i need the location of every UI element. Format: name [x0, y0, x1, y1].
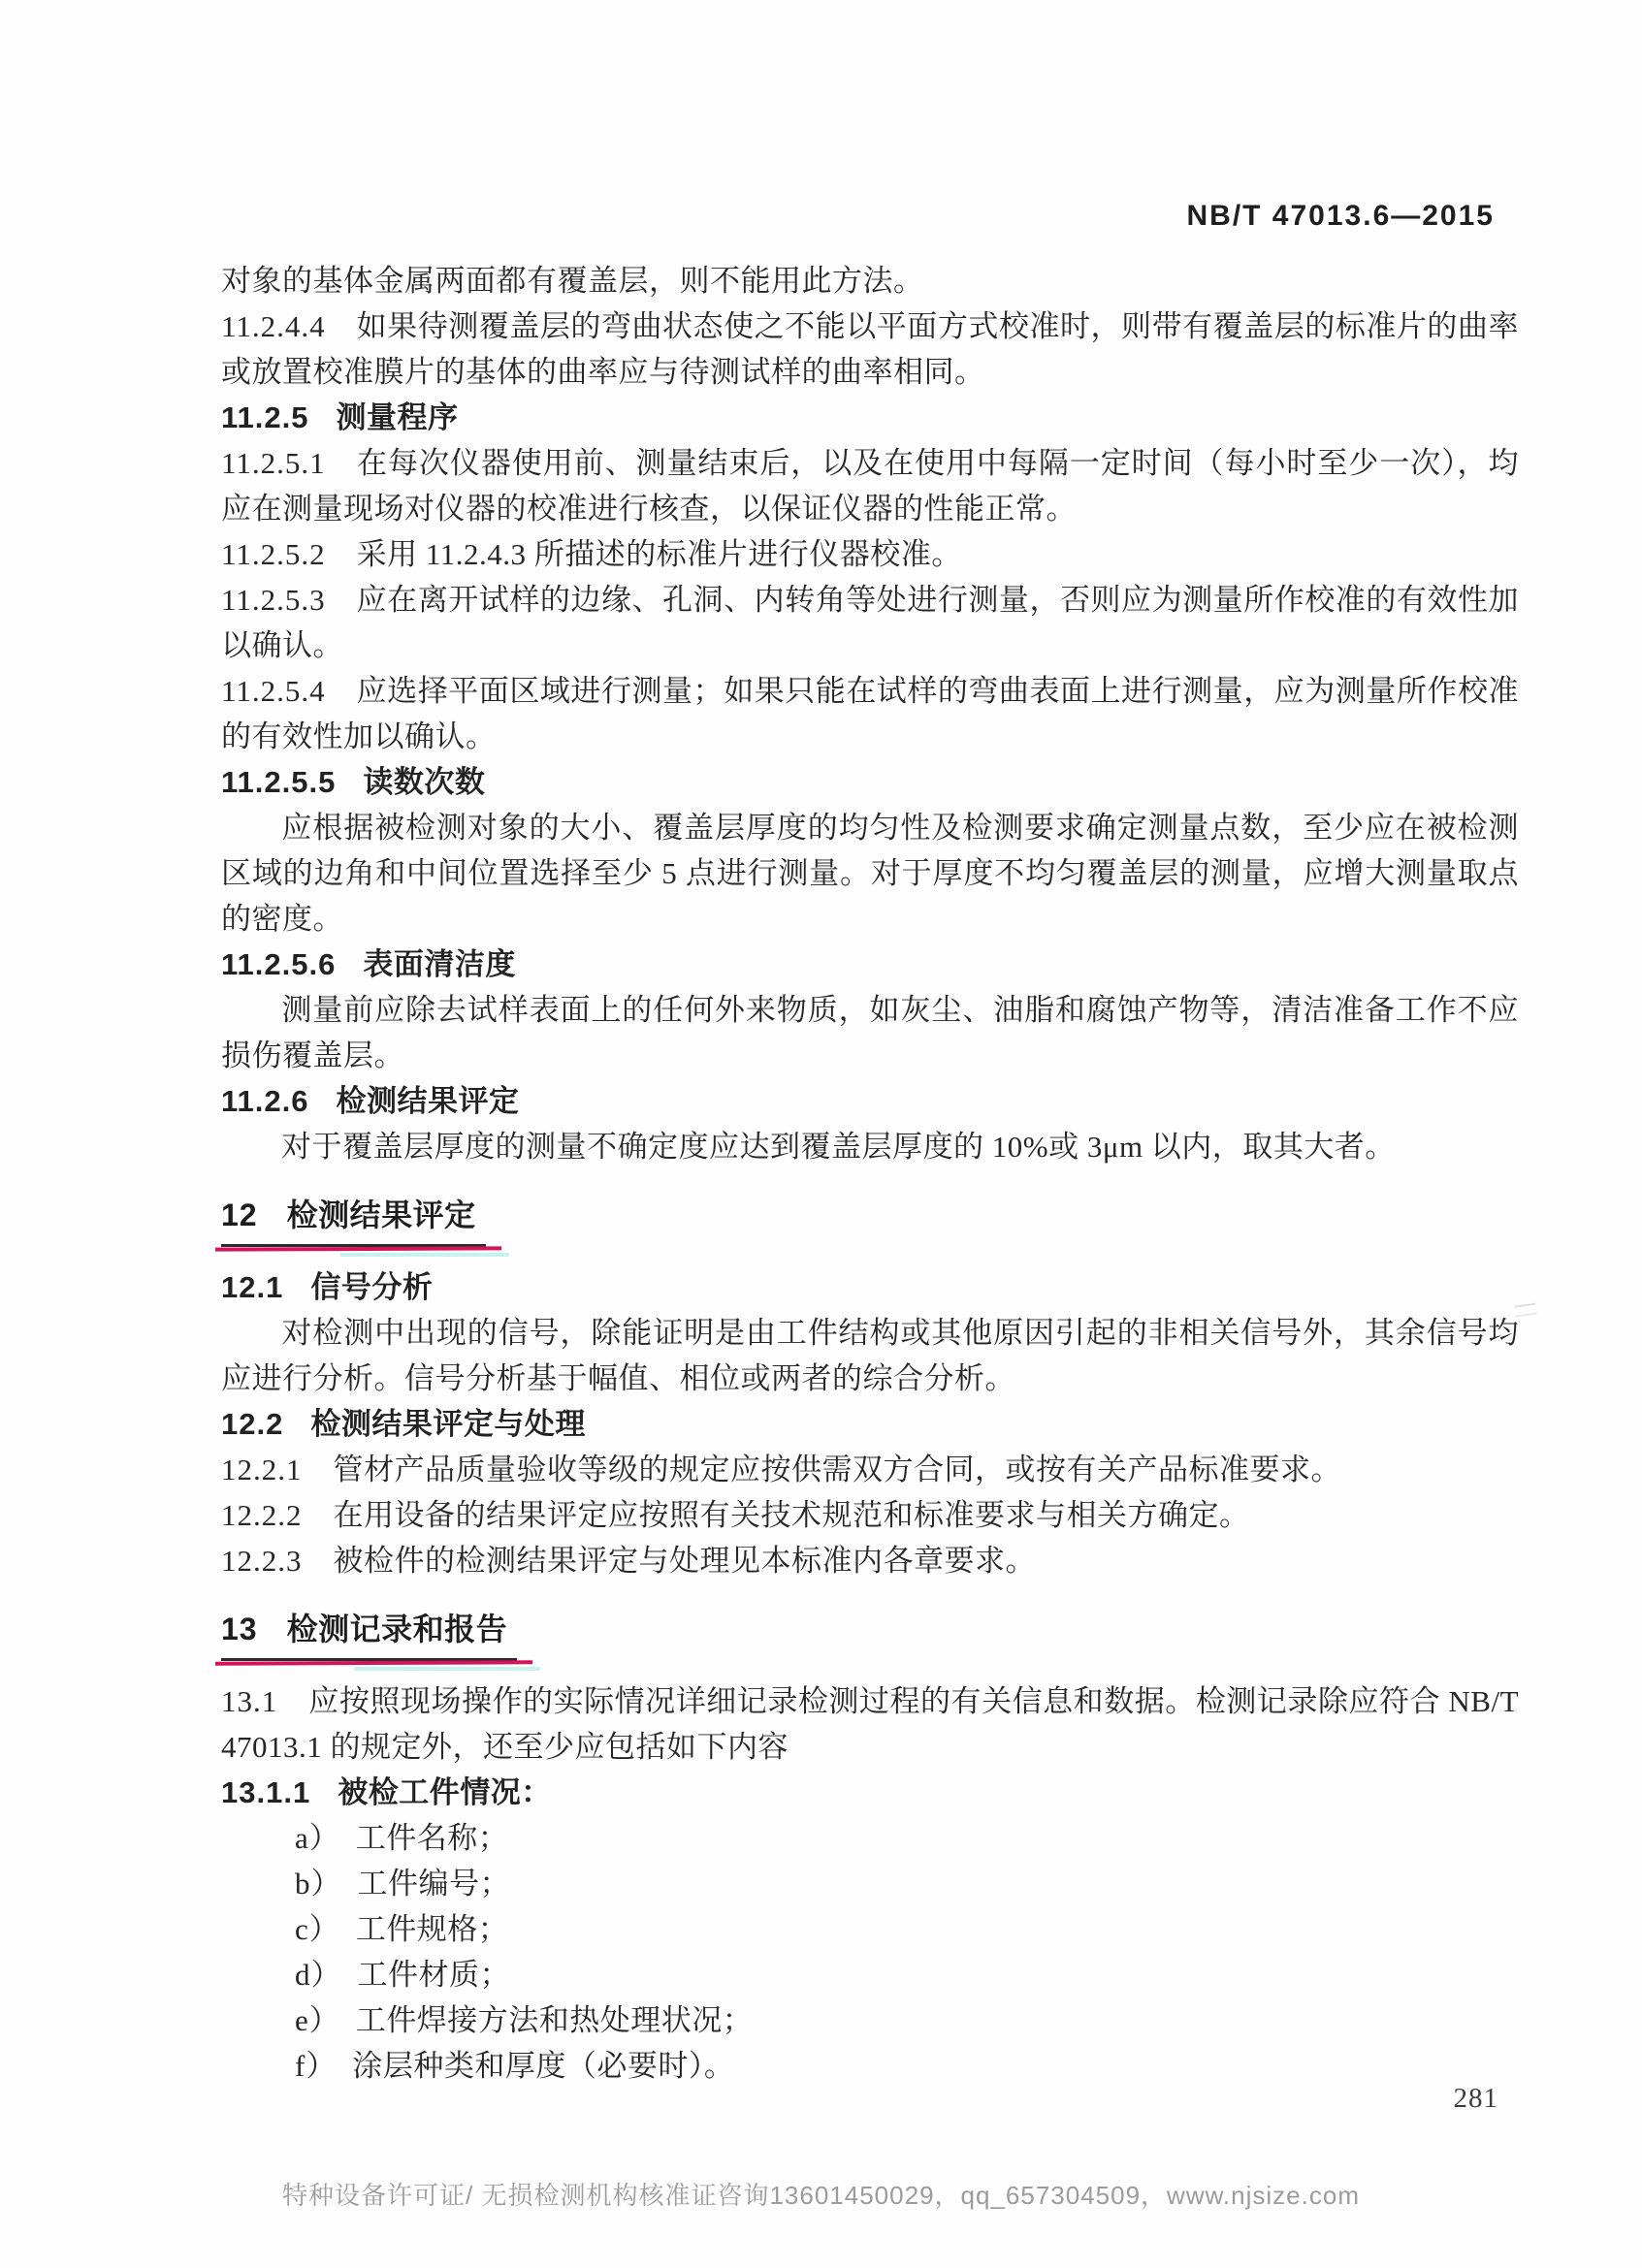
- clause-text: 测量程序: [336, 400, 458, 434]
- clause-text: 表面清洁度: [363, 947, 516, 981]
- clause-number: 12.2.1: [221, 1447, 303, 1492]
- clause-paragraph: 12.2.2在用设备的结果评定应按照有关技术规范和标准要求与相关方确定。: [221, 1492, 1519, 1538]
- clause-text: 被检件的检测结果评定与处理见本标准内各章要求。: [334, 1544, 1037, 1578]
- scan-artifact: [1514, 1303, 1536, 1318]
- clause-text: 工件规格；: [356, 1912, 509, 1946]
- clause-number: 11.2.5.4: [221, 668, 326, 714]
- clause-text: 工件材质；: [358, 1958, 511, 1992]
- clause-text: 信号分析: [310, 1270, 433, 1304]
- body-paragraph: 对检测中出现的信号，除能证明是由工件结构或其他原因引起的非相关信号外，其余信号均…: [221, 1310, 1519, 1401]
- clause-number: a）: [295, 1815, 340, 1861]
- continuation-paragraph: 对象的基体金属两面都有覆盖层，则不能用此方法。: [221, 258, 1519, 303]
- body-paragraph: 对于覆盖层厚度的测量不确定度应达到覆盖层厚度的 10%或 3μm 以内，取其大者…: [221, 1124, 1519, 1169]
- clause-text: 测量前应除去试样表面上的任何外来物质，如灰尘、油脂和腐蚀产物等，清洁准备工作不应…: [221, 993, 1519, 1072]
- clause-heading: 11.2.5.6表面清洁度: [221, 942, 1519, 987]
- clause-heading: 11.2.5测量程序: [221, 395, 1519, 440]
- clause-number: b）: [295, 1861, 342, 1906]
- clause-text: 检测结果评定与处理: [310, 1407, 586, 1441]
- clause-heading: 11.2.5.5读数次数: [221, 759, 1519, 805]
- list-item: e）工件焊接方法和热处理状况；: [221, 1997, 1519, 2043]
- clause-text: 对于覆盖层厚度的测量不确定度应达到覆盖层厚度的 10%或 3μm 以内，取其大者…: [221, 1130, 1396, 1164]
- clause-heading: 12.2检测结果评定与处理: [221, 1401, 1519, 1447]
- document-page: NB/T 47013.6—2015 对象的基体金属两面都有覆盖层，则不能用此方法…: [0, 0, 1642, 2268]
- list-item: f）涂层种类和厚度（必要时）。: [221, 2043, 1519, 2089]
- clause-number: 11.2.4.4: [221, 303, 326, 349]
- section-heading-underline: 13检测记录和报告: [221, 1607, 517, 1661]
- clause-paragraph: 11.2.5.2采用 11.2.4.3 所描述的标准片进行仪器校准。: [221, 531, 1519, 577]
- section-heading-underline: 12检测结果评定: [221, 1193, 486, 1247]
- clause-paragraph: 11.2.5.3应在离开试样的边缘、孔洞、内转角等处进行测量，否则应为测量所作校…: [221, 577, 1519, 668]
- section-heading: 12检测结果评定: [221, 1193, 1519, 1247]
- clause-paragraph: 12.2.3被检件的检测结果评定与处理见本标准内各章要求。: [221, 1538, 1519, 1583]
- clause-text: 工件编号；: [358, 1867, 511, 1901]
- list-item: d）工件材质；: [221, 1952, 1519, 1997]
- clause-text: 工件名称；: [356, 1821, 509, 1855]
- clause-paragraph: 11.2.4.4如果待测覆盖层的弯曲状态使之不能以平面方式校准时，则带有覆盖层的…: [221, 303, 1519, 395]
- clause-heading: 12.1信号分析: [221, 1264, 1519, 1310]
- clause-text: 工件焊接方法和热处理状况；: [356, 2003, 754, 2037]
- clause-number: 11.2.5: [221, 395, 308, 440]
- clause-text: 在每次仪器使用前、测量结束后，以及在使用中每隔一定时间（每小时至少一次），均应在…: [221, 446, 1519, 526]
- list-item: b）工件编号；: [221, 1861, 1519, 1906]
- clause-text: 应选择平面区域进行测量；如果只能在试样的弯曲表面上进行测量，应为测量所作校准的有…: [221, 674, 1519, 753]
- clause-text: 在用设备的结果评定应按照有关技术规范和标准要求与相关方确定。: [334, 1498, 1250, 1532]
- clause-number: 12.2: [221, 1401, 283, 1447]
- section-heading: 13检测记录和报告: [221, 1607, 1519, 1661]
- clause-number: 13.1.1: [221, 1770, 310, 1815]
- clause-text: 应按照现场操作的实际情况详细记录检测过程的有关信息和数据。检测记录除应符合 NB…: [221, 1684, 1519, 1764]
- clause-number: 12.1: [221, 1264, 283, 1310]
- list-item: c）工件规格；: [221, 1906, 1519, 1952]
- clause-text: 如果待测覆盖层的弯曲状态使之不能以平面方式校准时，则带有覆盖层的标准片的曲率或放…: [221, 309, 1519, 389]
- clause-number: 11.2.5.6: [221, 942, 336, 987]
- clause-heading: 13.1.1被检工件情况：: [221, 1770, 1519, 1815]
- page-number: 281: [1454, 2083, 1499, 2115]
- clause-number: 12.2.2: [221, 1492, 303, 1538]
- standard-number-header: NB/T 47013.6—2015: [1186, 200, 1495, 233]
- document-body: 对象的基体金属两面都有覆盖层，则不能用此方法。11.2.4.4如果待测覆盖层的弯…: [221, 258, 1519, 2089]
- clause-text: 对检测中出现的信号，除能证明是由工件结构或其他原因引起的非相关信号外，其余信号均…: [221, 1316, 1519, 1395]
- clause-text: 检测结果评定: [336, 1084, 519, 1118]
- clause-text: 检测结果评定: [287, 1198, 476, 1232]
- clause-text: 管材产品质量验收等级的规定应按供需双方合同，或按有关产品标准要求。: [334, 1453, 1342, 1486]
- clause-text: 应在离开试样的边缘、孔洞、内转角等处进行测量，否则应为测量所作校准的有效性加以确…: [221, 583, 1519, 662]
- clause-number: 12.2.3: [221, 1538, 303, 1583]
- clause-text: 采用 11.2.4.3 所描述的标准片进行仪器校准。: [357, 537, 962, 571]
- clause-number: 11.2.5.1: [221, 440, 326, 486]
- footer-watermark: 特种设备许可证/ 无损检测机构核准证咨询13601450029，qq_65730…: [0, 2176, 1642, 2212]
- clause-number: 13: [221, 1607, 258, 1652]
- clause-text: 被检工件情况：: [338, 1775, 552, 1809]
- clause-text: 涂层种类和厚度（必要时）。: [352, 2049, 734, 2083]
- clause-number: 13.1: [221, 1678, 277, 1724]
- body-paragraph: 测量前应除去试样表面上的任何外来物质，如灰尘、油脂和腐蚀产物等，清洁准备工作不应…: [221, 987, 1519, 1078]
- clause-paragraph: 11.2.5.4应选择平面区域进行测量；如果只能在试样的弯曲表面上进行测量，应为…: [221, 668, 1519, 759]
- clause-number: 11.2.5.5: [221, 759, 336, 805]
- clause-number: 11.2.6: [221, 1078, 308, 1124]
- list-item: a）工件名称；: [221, 1815, 1519, 1861]
- clause-heading: 11.2.6检测结果评定: [221, 1078, 1519, 1124]
- clause-number: 11.2.5.2: [221, 531, 326, 577]
- clause-text: 对象的基体金属两面都有覆盖层，则不能用此方法。: [221, 264, 924, 298]
- clause-number: 12: [221, 1193, 258, 1238]
- body-paragraph: 应根据被检测对象的大小、覆盖层厚度的均匀性及检测要求确定测量点数，至少应在被检测…: [221, 805, 1519, 942]
- clause-number: 11.2.5.3: [221, 577, 326, 623]
- clause-paragraph: 13.1应按照现场操作的实际情况详细记录检测过程的有关信息和数据。检测记录除应符…: [221, 1678, 1519, 1770]
- clause-text: 检测记录和报告: [287, 1612, 508, 1646]
- clause-paragraph: 12.2.1管材产品质量验收等级的规定应按供需双方合同，或按有关产品标准要求。: [221, 1447, 1519, 1492]
- clause-paragraph: 11.2.5.1在每次仪器使用前、测量结束后，以及在使用中每隔一定时间（每小时至…: [221, 440, 1519, 531]
- clause-number: d）: [295, 1952, 342, 1997]
- clause-number: e）: [295, 1997, 340, 2043]
- clause-number: f）: [295, 2043, 337, 2089]
- clause-text: 读数次数: [363, 765, 485, 799]
- clause-text: 应根据被检测对象的大小、覆盖层厚度的均匀性及检测要求确定测量点数，至少应在被检测…: [221, 811, 1519, 936]
- clause-number: c）: [295, 1906, 340, 1952]
